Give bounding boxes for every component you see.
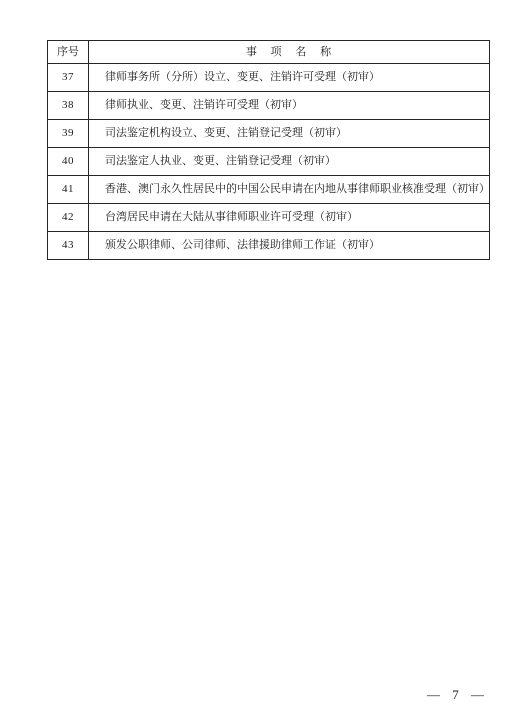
page-number: — 7 — xyxy=(427,687,485,703)
table-row: 40 司法鉴定人执业、变更、注销登记受理（初审） xyxy=(48,148,490,176)
row-item-name: 司法鉴定机构设立、变更、注销登记受理（初审） xyxy=(89,120,490,148)
row-item-name: 律师事务所（分所）设立、变更、注销许可受理（初审） xyxy=(89,64,490,92)
row-number: 43 xyxy=(48,232,89,260)
table-row: 43 颁发公职律师、公司律师、法律援助律师工作证（初审） xyxy=(48,232,490,260)
row-number: 38 xyxy=(48,92,89,120)
row-number: 39 xyxy=(48,120,89,148)
header-col-name: 事 项 名 称 xyxy=(89,41,490,64)
table-row: 42 台湾居民申请在大陆从事律师职业许可受理（初审） xyxy=(48,204,490,232)
header-col-no: 序号 xyxy=(48,41,89,64)
table-row: 37 律师事务所（分所）设立、变更、注销许可受理（初审） xyxy=(48,64,490,92)
document-page: 序号 事 项 名 称 37 律师事务所（分所）设立、变更、注销许可受理（初审） … xyxy=(0,0,531,725)
row-item-name: 司法鉴定人执业、变更、注销登记受理（初审） xyxy=(89,148,490,176)
row-number: 42 xyxy=(48,204,89,232)
table-row: 38 律师执业、变更、注销许可受理（初审） xyxy=(48,92,490,120)
row-item-name: 颁发公职律师、公司律师、法律援助律师工作证（初审） xyxy=(89,232,490,260)
row-item-name: 律师执业、变更、注销许可受理（初审） xyxy=(89,92,490,120)
row-number: 40 xyxy=(48,148,89,176)
table-row: 41 香港、澳门永久性居民中的中国公民申请在内地从事律师职业核准受理（初审） xyxy=(48,176,490,204)
row-number: 41 xyxy=(48,176,89,204)
table-row: 39 司法鉴定机构设立、变更、注销登记受理（初审） xyxy=(48,120,490,148)
table-header-row: 序号 事 项 名 称 xyxy=(48,41,490,64)
row-item-name: 香港、澳门永久性居民中的中国公民申请在内地从事律师职业核准受理（初审） xyxy=(89,176,490,204)
row-item-name: 台湾居民申请在大陆从事律师职业许可受理（初审） xyxy=(89,204,490,232)
row-number: 37 xyxy=(48,64,89,92)
items-table: 序号 事 项 名 称 37 律师事务所（分所）设立、变更、注销许可受理（初审） … xyxy=(47,40,490,260)
